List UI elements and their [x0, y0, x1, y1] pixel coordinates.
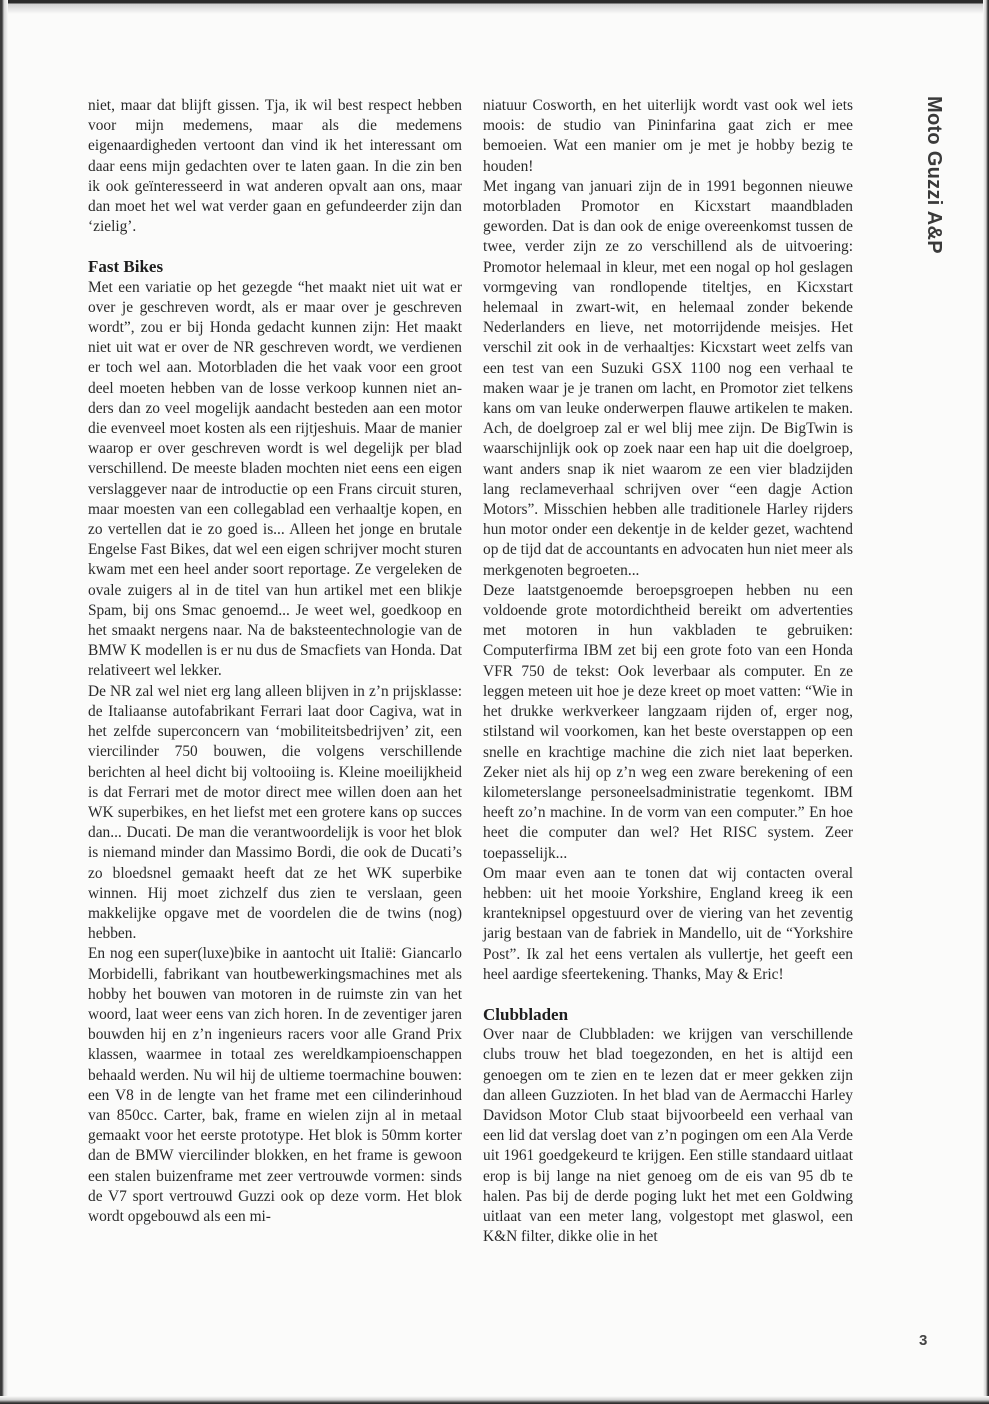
paragraph: Deze laatstgenoemde beroepsgroepen hebbe…: [483, 581, 853, 864]
spacer: [88, 237, 462, 257]
paragraph: Om maar even aan te tonen dat wij contac…: [483, 864, 853, 985]
paragraph: niatuur Cosworth, en het uiterlijk wordt…: [483, 96, 853, 177]
paragraph: En nog een super(luxe)bike in aantocht u…: [88, 944, 462, 1227]
right-column: niatuur Cosworth, en het uiterlijk wordt…: [483, 96, 853, 1247]
spacer: [483, 985, 853, 1005]
left-column: niet, maar dat blijft gissen. Tja, ik wi…: [88, 96, 462, 1227]
scan-border-right: [983, 0, 989, 1404]
scan-border-top: [0, 0, 989, 14]
paragraph: Over naar de Clubbladen: we krijgen van …: [483, 1025, 853, 1247]
section-heading-clubbladen: Clubbladen: [483, 1005, 853, 1025]
scan-border-bottom: [0, 1396, 989, 1404]
paragraph: Met een variatie op het gezegde “het maa…: [88, 278, 462, 682]
section-heading-fast-bikes: Fast Bikes: [88, 257, 462, 277]
paragraph: niet, maar dat blijft gissen. Tja, ik wi…: [88, 96, 462, 237]
scan-border-left: [0, 0, 8, 1404]
page-number: 3: [919, 1332, 927, 1349]
paragraph: Met ingang van januari zijn de in 1991 b…: [483, 177, 853, 581]
paragraph: De NR zal wel niet erg lang alleen blijv…: [88, 682, 462, 945]
running-head: Moto Guzzi A&P: [922, 96, 945, 254]
